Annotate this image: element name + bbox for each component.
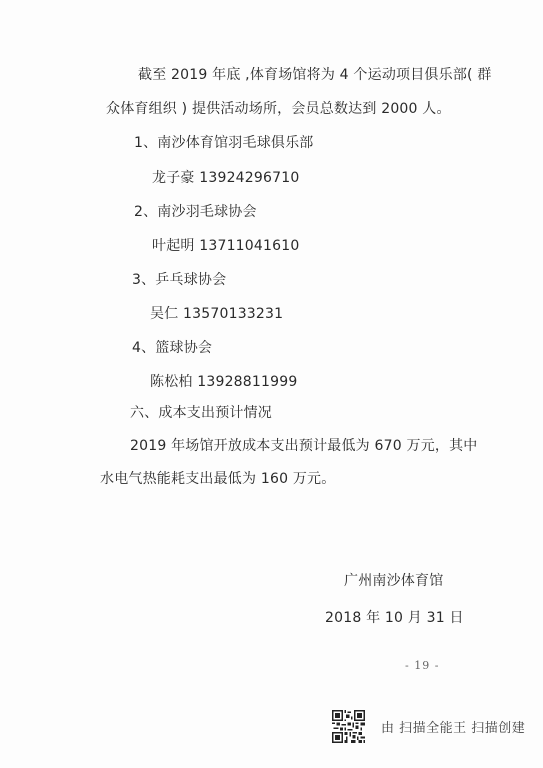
document-page: 截至 2019 年底 ,体育场馆将为 4 个运动项目俱乐部( 群 众体育组织 )… — [0, 0, 543, 768]
scanner-watermark: 由 扫描全能王 扫描创建 — [332, 710, 525, 743]
paragraph1-line1: 截至 2019 年底 ,体育场馆将为 4 个运动项目俱乐部( 群 — [138, 66, 492, 84]
club-2-title: 2、南沙羽毛球协会 — [134, 203, 257, 221]
club-3-title: 3、乒乓球协会 — [132, 271, 226, 289]
signature-date: 2018 年 10 月 31 日 — [325, 609, 464, 627]
signature-organization: 广州南沙体育馆 — [344, 572, 443, 590]
paragraph2-line2: 水电气热能耗支出最低为 160 万元。 — [100, 470, 335, 488]
club-1-title: 1、南沙体育馆羽毛球俱乐部 — [134, 134, 314, 152]
club-3-contact: 吴仁 13570133231 — [150, 305, 283, 323]
paragraph2-line1: 2019 年场馆开放成本支出预计最低为 670 万元，其中 — [130, 437, 478, 455]
scanner-watermark-text: 由 扫描全能王 扫描创建 — [381, 717, 525, 736]
section-heading: 六、成本支出预计情况 — [130, 404, 272, 422]
page-number: - 19 - — [405, 659, 439, 672]
club-1-contact: 龙子豪 13924296710 — [152, 169, 299, 187]
qr-code-icon — [332, 710, 365, 743]
club-4-title: 4、篮球协会 — [132, 339, 212, 357]
paragraph1-line2: 众体育组织 ) 提供活动场所，会员总数达到 2000 人。 — [106, 100, 451, 118]
club-2-contact: 叶起明 13711041610 — [152, 237, 299, 255]
club-4-contact: 陈松柏 13928811999 — [150, 373, 297, 391]
